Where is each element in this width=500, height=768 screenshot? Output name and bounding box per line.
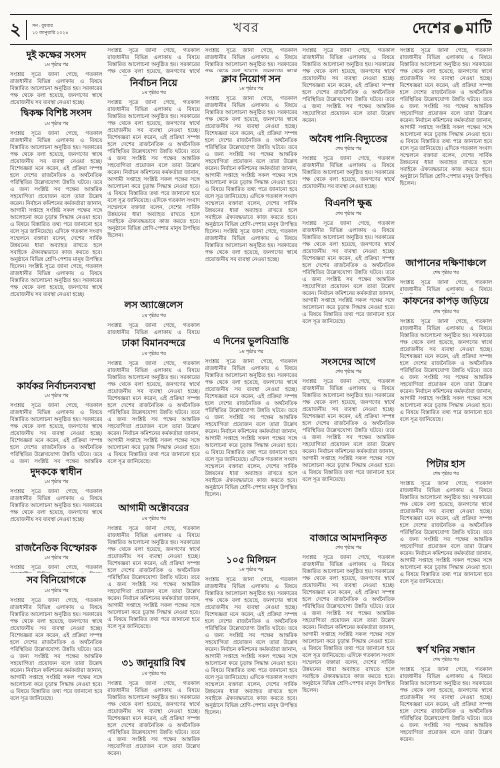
article-headline: ক্লাব নিয়োগ সন xyxy=(205,75,297,85)
continued-from-label: ১ম পৃষ্ঠার পর xyxy=(10,479,102,487)
article-body-text: সংশ্লিষ্ট সূত্রে জানা গেছে, গতকাল রাজধান… xyxy=(400,481,492,643)
continued-from-label: শেষ পৃষ্ঠার পর xyxy=(400,657,492,665)
article-body-text: সংশ্লিষ্ট সূত্রে জানা গেছে, গতকাল রাজধান… xyxy=(302,221,394,355)
header-left: ২ সন : বুধবার ১০ জানুয়ারি ২০২৪ xyxy=(10,20,68,40)
article-body-text: সংশ্লিষ্ট সূত্রে জানা গেছে, গতকাল রাজধান… xyxy=(107,323,199,337)
continued-from-label: ১ম পৃষ্ঠার পর xyxy=(107,351,199,359)
continued-from-label: শেষ পৃষ্ঠার পর xyxy=(302,545,394,553)
article-headline: রাজনৈতিক বিস্ফোরক xyxy=(10,544,102,554)
header-divider xyxy=(26,20,27,40)
continued-from-label: ১ম পৃষ্ঠার পর xyxy=(107,90,199,98)
article-headline: ৩১ জানুয়ারি বিশ্ব xyxy=(107,659,199,669)
article-headline: এ দিনের ভুলবিভ্রান্তি xyxy=(205,337,297,347)
article-headline: নির্বাচন নিয়ে xyxy=(107,79,199,89)
article-body-text: সংশ্লিষ্ট সূত্রে জানা গেছে, গতকাল রাজধান… xyxy=(302,48,394,132)
continued-from-label: ১ম পৃষ্ঠার পর xyxy=(10,555,102,563)
continued-from-label: ১ম পৃষ্ঠার পর xyxy=(205,349,297,357)
continued-from-label: ১ম পৃষ্ঠার পর xyxy=(10,393,102,401)
continued-from-label: শেষ পৃষ্ঠার পর xyxy=(302,369,394,377)
article-body-text: সংশ্লিষ্ট সূত্রে জানা গেছে, গতকাল রাজধান… xyxy=(302,156,394,196)
continued-from-label: ১ম পৃষ্ঠার পর xyxy=(205,86,297,94)
article-body-text: সংশ্লিষ্ট সূত্রে জানা গেছে, গতকাল রাজধান… xyxy=(107,100,199,298)
continued-from-label: ১ম পৃষ্ঠার পর xyxy=(107,313,199,321)
masthead: দেশের মাটি xyxy=(412,17,492,42)
article-headline: সব বিনিয়োগকে xyxy=(10,576,102,586)
article-headline: সংসদের আগে xyxy=(302,358,394,368)
dateline: সন : বুধবার ১০ জানুয়ারি ২০২৪ xyxy=(32,23,68,35)
page-header: ২ সন : বুধবার ১০ জানুয়ারি ২০২৪ খবর দেশে… xyxy=(10,15,492,45)
article-headline: স্বর্ণ খনির সন্ধান xyxy=(400,646,492,656)
continued-from-label: শেষ পৃষ্ঠার পর xyxy=(400,309,492,317)
dateline-date: ১০ জানুয়ারি ২০২৪ xyxy=(32,30,68,36)
newspaper-page: ২ সন : বুধবার ১০ জানুয়ারি ২০২৪ খবর দেশে… xyxy=(0,0,500,768)
article-headline: লস অ্যাঞ্জেলেস xyxy=(107,301,199,311)
masthead-left-word: দেশের xyxy=(412,17,451,42)
article-headline: আগামী অক্টোবরের xyxy=(107,504,199,514)
article-headline: ১০৫ মিলিয়ন xyxy=(205,556,297,566)
section-title: খবর xyxy=(233,19,259,40)
column-1: দুই কক্ষের সংসদ১ম পৃষ্ঠার পরসংশ্লিষ্ট সূ… xyxy=(10,48,102,766)
continued-from-label: ১ম পৃষ্ঠার পর xyxy=(10,588,102,596)
masthead-right-word: মাটি xyxy=(466,17,492,42)
article-headline: পিটার হাস xyxy=(400,460,492,470)
article-body-text: সংশ্লিষ্ট সূত্রে জানা গেছে, গতকাল রাজধান… xyxy=(10,403,102,465)
article-body-text: সংশ্লিষ্ট সূত্রে জানা গেছে, গতকাল রাজধান… xyxy=(107,526,199,657)
article-headline: জাপানের দক্ষিণাঞ্চলে xyxy=(400,259,492,269)
article-headline: দুই কক্ষের সংসদ xyxy=(10,51,102,61)
continued-from-label: ১ম পৃষ্ঠার পর xyxy=(107,671,199,679)
article-headline: ঢাকা বিমানবন্দরে xyxy=(107,339,199,349)
article-headline: দুদককে স্বাধীন xyxy=(10,468,102,478)
article-body-text: সংশ্লিষ্ট সূত্রে জানা গেছে, গতকাল রাজধান… xyxy=(10,131,102,379)
article-body-text: সংশ্লিষ্ট সূত্রে জানা গেছে, গতকাল রাজধান… xyxy=(400,667,492,747)
article-columns: দুই কক্ষের সংসদ১ম পৃষ্ঠার পরসংশ্লিষ্ট সূ… xyxy=(10,48,492,766)
article-body-text: সংশ্লিষ্ট সূত্রে জানা গেছে, গতকাল রাজধান… xyxy=(107,681,199,766)
article-headline: বাজারে আমদানিকৃত xyxy=(302,534,394,544)
article-headline: দ্বিকক্ষ বিশিষ্ট সংসদ xyxy=(10,109,102,119)
article-body-text: সংশ্লিষ্ট সূত্রে জানা গেছে, গতকাল রাজধান… xyxy=(205,359,297,553)
continued-from-label: শেষ পৃষ্ঠার পর xyxy=(400,471,492,479)
continued-from-label: শেষ পৃষ্ঠার পর xyxy=(302,211,394,219)
article-body-text: সংশ্লিষ্ট সূত্রে জানা গেছে, গতকাল রাজধান… xyxy=(302,379,394,531)
article-body-text: সংশ্লিষ্ট সূত্রে জানা গেছে, গতকাল রাজধান… xyxy=(107,48,199,76)
article-body-text: সংশ্লিষ্ট সূত্রে জানা গেছে, গতকাল রাজধান… xyxy=(205,48,297,72)
article-body-text: সংশ্লিষ্ট সূত্রে জানা গেছে, গতকাল রাজধান… xyxy=(10,489,102,541)
article-headline: কাফনের কাপড় জড়িয়ে xyxy=(400,297,492,307)
column-4: সংশ্লিষ্ট সূত্রে জানা গেছে, গতকাল রাজধান… xyxy=(302,48,394,766)
article-body-text: সংশ্লিষ্ট সূত্রে জানা গেছে, গতকাল রাজধান… xyxy=(400,319,492,457)
masthead-logo-dot xyxy=(454,25,463,34)
article-body-text: সংশ্লিষ্ট সূত্রে জানা গেছে, গতকাল রাজধান… xyxy=(302,555,394,763)
page-number: ২ xyxy=(10,21,21,38)
article-body-text: সংশ্লিষ্ট সূত্রে জানা গেছে, গতকাল রাজধান… xyxy=(107,361,199,502)
continued-from-label: শেষ পৃষ্ঠার পর xyxy=(400,270,492,278)
continued-from-label: ১ম পৃষ্ঠার পর xyxy=(107,516,199,524)
article-headline: অবৈধ পানি-বিদ্যুতের xyxy=(302,135,394,145)
column-2: সংশ্লিষ্ট সূত্রে জানা গেছে, গতকাল রাজধান… xyxy=(107,48,199,766)
article-body-text: সংশ্লিষ্ট সূত্রে জানা গেছে, গতকাল রাজধান… xyxy=(205,96,297,334)
article-body-text: সংশ্লিষ্ট সূত্রে জানা গেছে, গতকাল রাজধান… xyxy=(205,577,297,765)
continued-from-label: ১ম পৃষ্ঠার পর xyxy=(10,62,102,70)
continued-from-label: শেষ পৃষ্ঠার পর xyxy=(302,146,394,154)
column-5: সংশ্লিষ্ট সূত্রে জানা গেছে, গতকাল রাজধান… xyxy=(400,48,492,766)
article-headline: কার্যকর নির্বাচনব্যবস্থা xyxy=(10,382,102,392)
article-body-text: সংশ্লিষ্ট সূত্রে জানা গেছে, গতকাল রাজধান… xyxy=(400,48,492,256)
article-body-text: সংশ্লিষ্ট সূত্রে জানা গেছে, গতকাল রাজধান… xyxy=(10,72,102,106)
article-body-text: সংশ্লিষ্ট সূত্রে জানা গেছে, গতকাল রাজধান… xyxy=(400,280,492,294)
continued-from-label: ১ম পৃষ্ঠার পর xyxy=(205,567,297,575)
article-body-text: সংশ্লিষ্ট সূত্রে জানা গেছে, গতকাল রাজধান… xyxy=(10,598,102,760)
article-body-text: সংশ্লিষ্ট সূত্রে জানা গেছে, গতকাল রাজধান… xyxy=(10,565,102,573)
continued-from-label: ১ম পৃষ্ঠার পর xyxy=(10,121,102,129)
article-headline: বিএনপি ক্ষুব্ধ xyxy=(302,199,394,209)
column-3: সংশ্লিষ্ট সূত্রে জানা গেছে, গতকাল রাজধান… xyxy=(205,48,297,766)
